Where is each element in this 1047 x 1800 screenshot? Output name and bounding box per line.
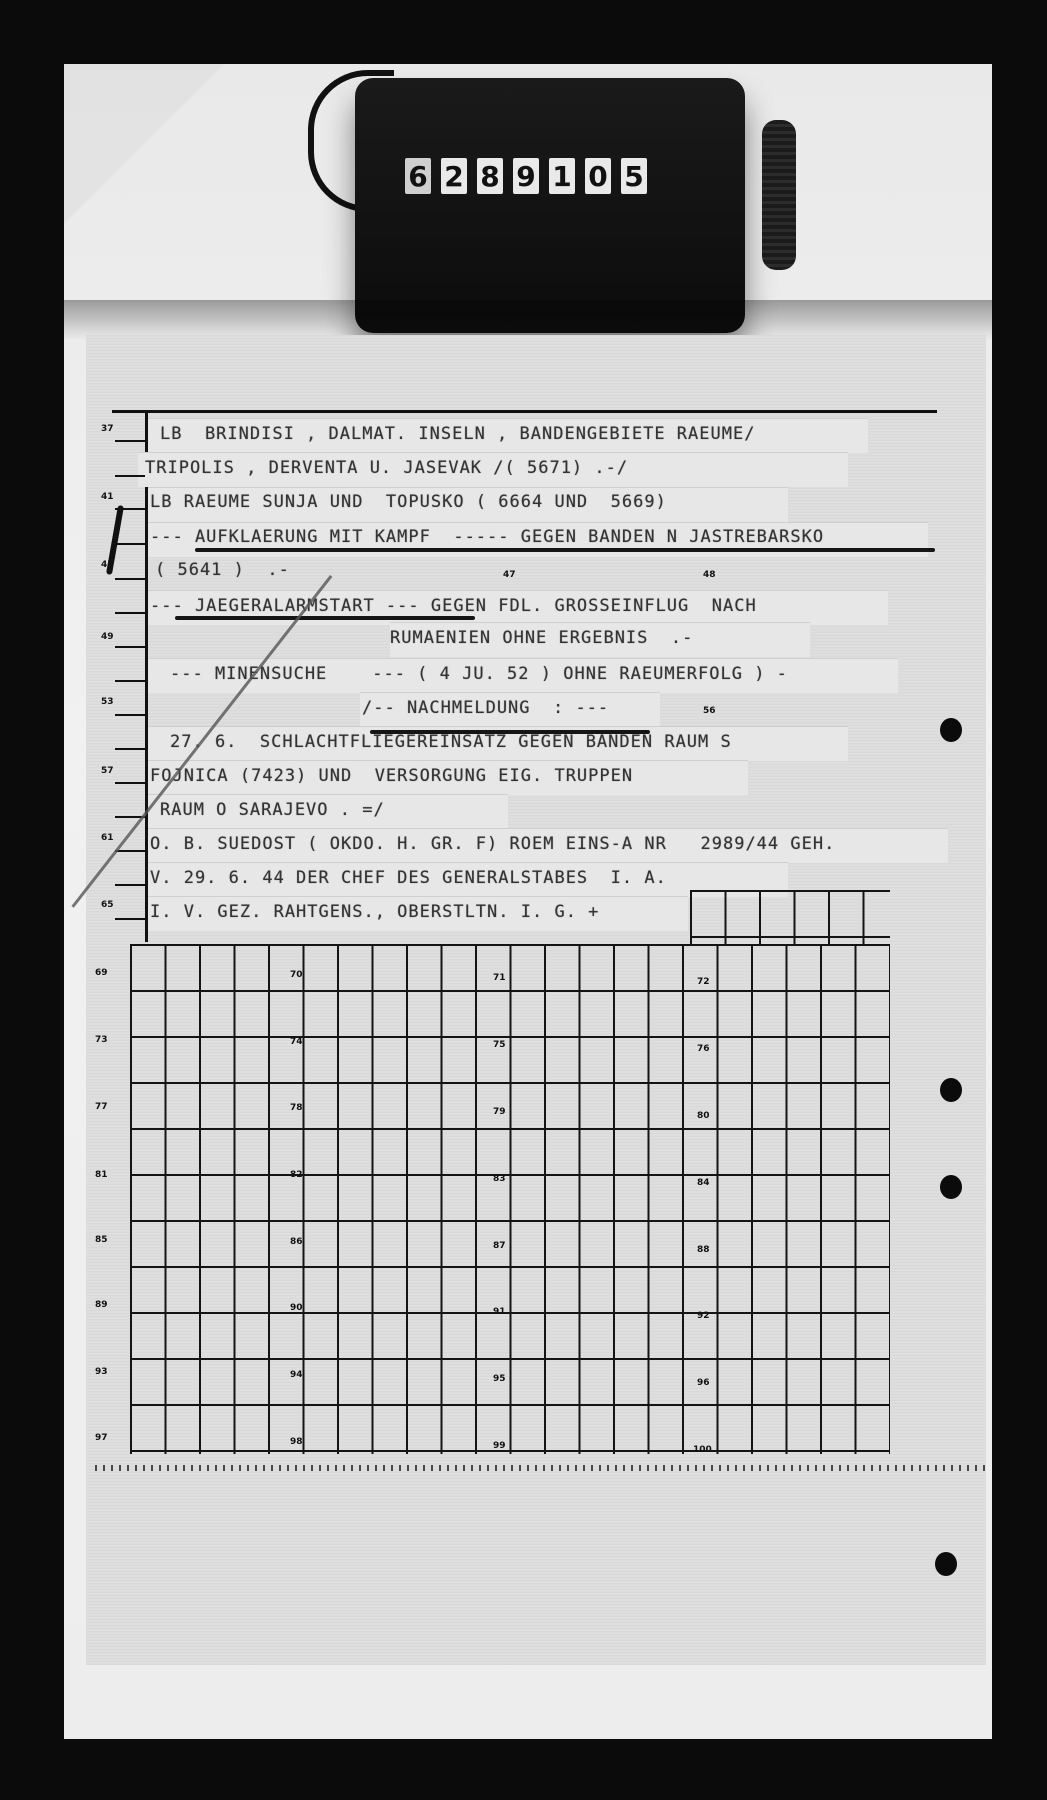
row-tick	[115, 918, 145, 920]
message-line: --- JAEGERALARMSTART --- GEGEN FDL. GROS…	[150, 596, 757, 616]
frame-counter-device	[355, 78, 745, 333]
form-shadow	[64, 300, 992, 340]
grid-cell-number: 88	[697, 1245, 710, 1255]
row-number: 37	[101, 424, 114, 434]
row-number: 65	[101, 900, 114, 910]
grid-cell-number: 95	[493, 1374, 506, 1384]
grid-cell-number: 91	[493, 1307, 506, 1317]
message-line: TRIPOLIS , DERVENTA U. JASEVAK /( 5671) …	[145, 458, 628, 478]
message-line: ( 5641 ) .-	[155, 560, 290, 580]
row-tick	[115, 578, 145, 580]
grid-row-number: 89	[95, 1300, 108, 1310]
counter-digit: 2	[441, 158, 467, 194]
message-line: FOJNICA (7423) UND VERSORGUNG EIG. TRUPP…	[150, 766, 633, 786]
grid-row-number: 69	[95, 968, 108, 978]
ink-underline	[175, 616, 475, 620]
row-number: 49	[101, 632, 114, 642]
punch-hole	[940, 1175, 962, 1199]
grid-cell-number: 74	[290, 1037, 303, 1047]
row-tick	[115, 612, 145, 614]
grid-row-number: 85	[95, 1235, 108, 1245]
punch-hole	[935, 1552, 957, 1576]
grid-cell-number: 71	[493, 973, 506, 983]
row-tick	[115, 646, 145, 648]
grid-cell-number: 99	[493, 1441, 506, 1451]
grid-cell-number: 83	[493, 1174, 506, 1184]
grid-cell-number: 90	[290, 1303, 303, 1313]
form-top-rule	[112, 410, 937, 413]
counter-reset-knob-icon	[762, 120, 796, 270]
message-line: I. V. GEZ. RAHTGENS., OBERSTLTN. I. G. +	[150, 902, 599, 922]
message-line: LB RAEUME SUNJA UND TOPUSKO ( 6664 UND 5…	[150, 492, 667, 512]
cell-number: 47	[503, 570, 516, 580]
message-line: --- MINENSUCHE --- ( 4 JU. 52 ) OHNE RAE…	[170, 664, 788, 684]
grid-cell-number: 80	[697, 1111, 710, 1121]
grid-cell-number: 86	[290, 1237, 303, 1247]
message-line: --- AUFKLAERUNG MIT KAMPF ----- GEGEN BA…	[150, 527, 824, 547]
ink-underline	[195, 548, 935, 552]
row-tick	[115, 680, 145, 682]
blank-grid	[130, 944, 890, 1454]
grid-cell-number: 96	[697, 1378, 710, 1388]
perforation-line	[95, 1465, 985, 1471]
grid-partial	[690, 890, 890, 946]
row-tick	[115, 543, 145, 545]
row-tick	[115, 850, 145, 852]
row-tick	[115, 714, 145, 716]
grid-row-number: 97	[95, 1433, 108, 1443]
row-tick	[115, 440, 145, 442]
row-number: 57	[101, 766, 114, 776]
message-line: V. 29. 6. 44 DER CHEF DES GENERALSTABES …	[150, 868, 667, 888]
punch-hole	[940, 1078, 962, 1102]
counter-digit: 9	[513, 158, 539, 194]
grid-cell-number: 84	[697, 1178, 710, 1188]
message-line: /-- NACHMELDUNG : ---	[362, 698, 609, 718]
message-line: RUMAENIEN OHNE ERGEBNIS .-	[390, 628, 693, 648]
backing-fold	[64, 64, 224, 224]
grid-row-number: 73	[95, 1035, 108, 1045]
counter-digit: 6	[405, 158, 431, 194]
message-line: LB BRINDISI , DALMAT. INSELN , BANDENGEB…	[160, 424, 755, 444]
message-line: O. B. SUEDOST ( OKDO. H. GR. F) ROEM EIN…	[150, 834, 835, 854]
grid-cell-number: 79	[493, 1107, 506, 1117]
row-tick	[115, 475, 145, 477]
counter-digit: 8	[477, 158, 503, 194]
row-tick	[115, 748, 145, 750]
grid-row-number: 77	[95, 1102, 108, 1112]
row-number: 61	[101, 833, 114, 843]
row-number: 53	[101, 697, 114, 707]
ink-underline	[370, 730, 650, 734]
grid-cell-number: 75	[493, 1040, 506, 1050]
frame-counter-display: 6 2 8 9 1 0 5	[405, 158, 647, 194]
grid-cell-number: 78	[290, 1103, 303, 1113]
row-number: 41	[101, 492, 114, 502]
grid-cell-number: 72	[697, 977, 710, 987]
counter-digit: 5	[621, 158, 647, 194]
grid-cell-number: 92	[697, 1311, 710, 1321]
grid-cell-number: 94	[290, 1370, 303, 1380]
grid-cell-number: 70	[290, 970, 303, 980]
grid-cell-number: 87	[493, 1241, 506, 1251]
grid-row-number: 81	[95, 1170, 108, 1180]
counter-digit: 1	[549, 158, 575, 194]
grid-row-number: 93	[95, 1367, 108, 1377]
grid-cell-number: 98	[290, 1437, 303, 1447]
counter-digit: 0	[585, 158, 611, 194]
cell-number: 48	[703, 570, 716, 580]
message-line: 27. 6. SCHLACHTFLIEGEREINSATZ GEGEN BAND…	[170, 732, 732, 752]
row-tick	[115, 782, 145, 784]
grid-cell-number: 100	[693, 1445, 712, 1455]
punch-hole	[940, 718, 962, 742]
grid-cell-number: 82	[290, 1170, 303, 1180]
row-tick	[115, 884, 145, 886]
cell-number: 56	[703, 706, 716, 716]
message-line: RAUM O SARAJEVO . =/	[160, 800, 385, 820]
grid-cell-number: 76	[697, 1044, 710, 1054]
